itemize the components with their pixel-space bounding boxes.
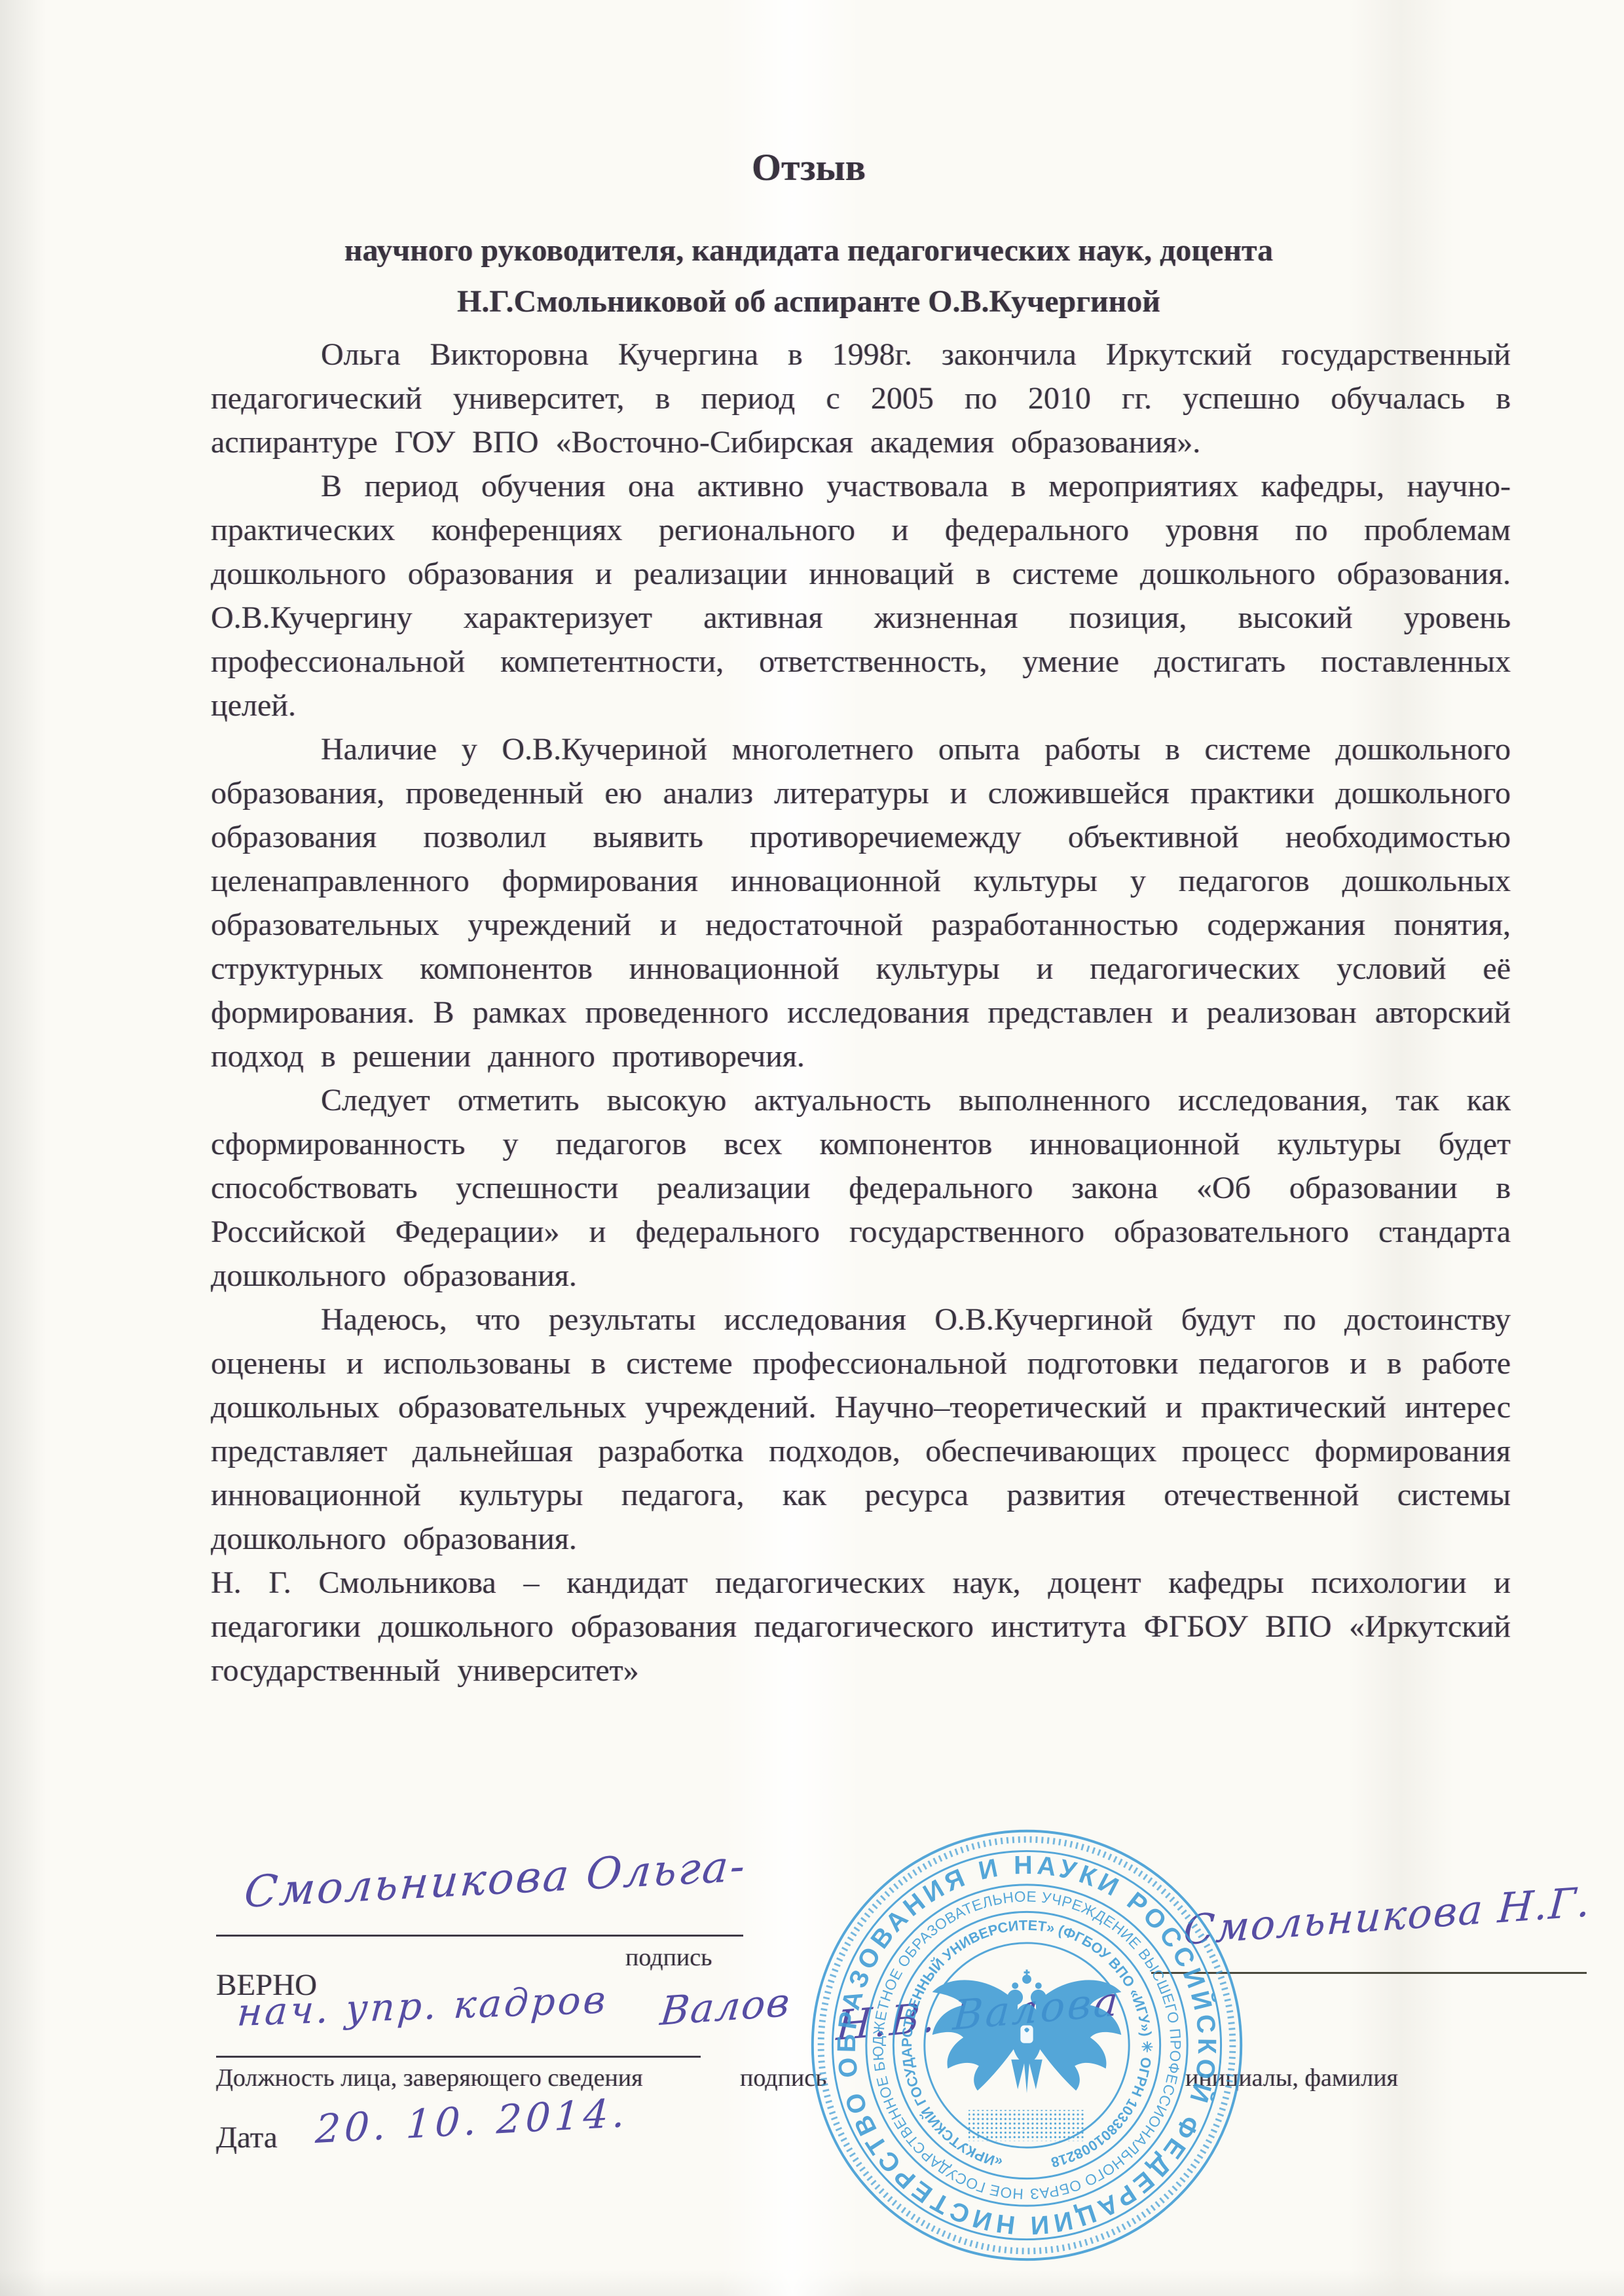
paragraph-3: Наличие у О.В.Кучериной многолетнего опы…: [211, 727, 1511, 1078]
double-headed-eagle-icon: [932, 1969, 1122, 2093]
document-body: Ольга Викторовна Кучергина в 1998г. зако…: [211, 333, 1511, 1692]
podpis-label: подпись: [625, 1943, 712, 1972]
document-subtitle: научного руководителя, кандидата педагог…: [105, 225, 1513, 327]
certifier-signature-handwriting: Валов: [658, 1979, 793, 2035]
stamp-stipple-block: [969, 2110, 1085, 2141]
paragraph-4: Следует отметить высокую актуальность вы…: [211, 1078, 1511, 1298]
date-label: Дата: [216, 2120, 278, 2155]
subtitle-line-1: научного руководителя, кандидата педагог…: [105, 225, 1513, 276]
signature-line: [216, 2056, 701, 2058]
closing-paragraph: Н. Г. Смольникова – кандидат педагогичес…: [211, 1561, 1511, 1692]
date-handwriting: 20. 10. 2014.: [314, 2090, 630, 2153]
university-stamp: МИНИСТЕРСТВО ОБРАЗОВАНИЯ И НАУКИ РОССИЙС…: [800, 1819, 1253, 2272]
supervisor-signature-handwriting: Смольникова Ольга-: [242, 1840, 749, 1918]
subtitle-line-2: Н.Г.Смольниковой об аспиранте О.В.Кучерг…: [105, 276, 1513, 327]
paragraph-1: Ольга Викторовна Кучергина в 1998г. зако…: [211, 333, 1511, 464]
paragraph-2: В период обучения она активно участвовал…: [211, 464, 1511, 727]
signature-line: [216, 1935, 743, 1937]
scan-edge-shadow: [0, 0, 46, 2296]
paragraph-5: Надеюсь, что результаты исследования О.В…: [211, 1298, 1511, 1561]
document-title: Отзыв: [105, 145, 1513, 189]
position-label: Должность лица, заверяющего сведения: [216, 2064, 643, 2092]
scanned-document-page: Отзыв научного руководителя, кандидата п…: [0, 0, 1624, 2296]
